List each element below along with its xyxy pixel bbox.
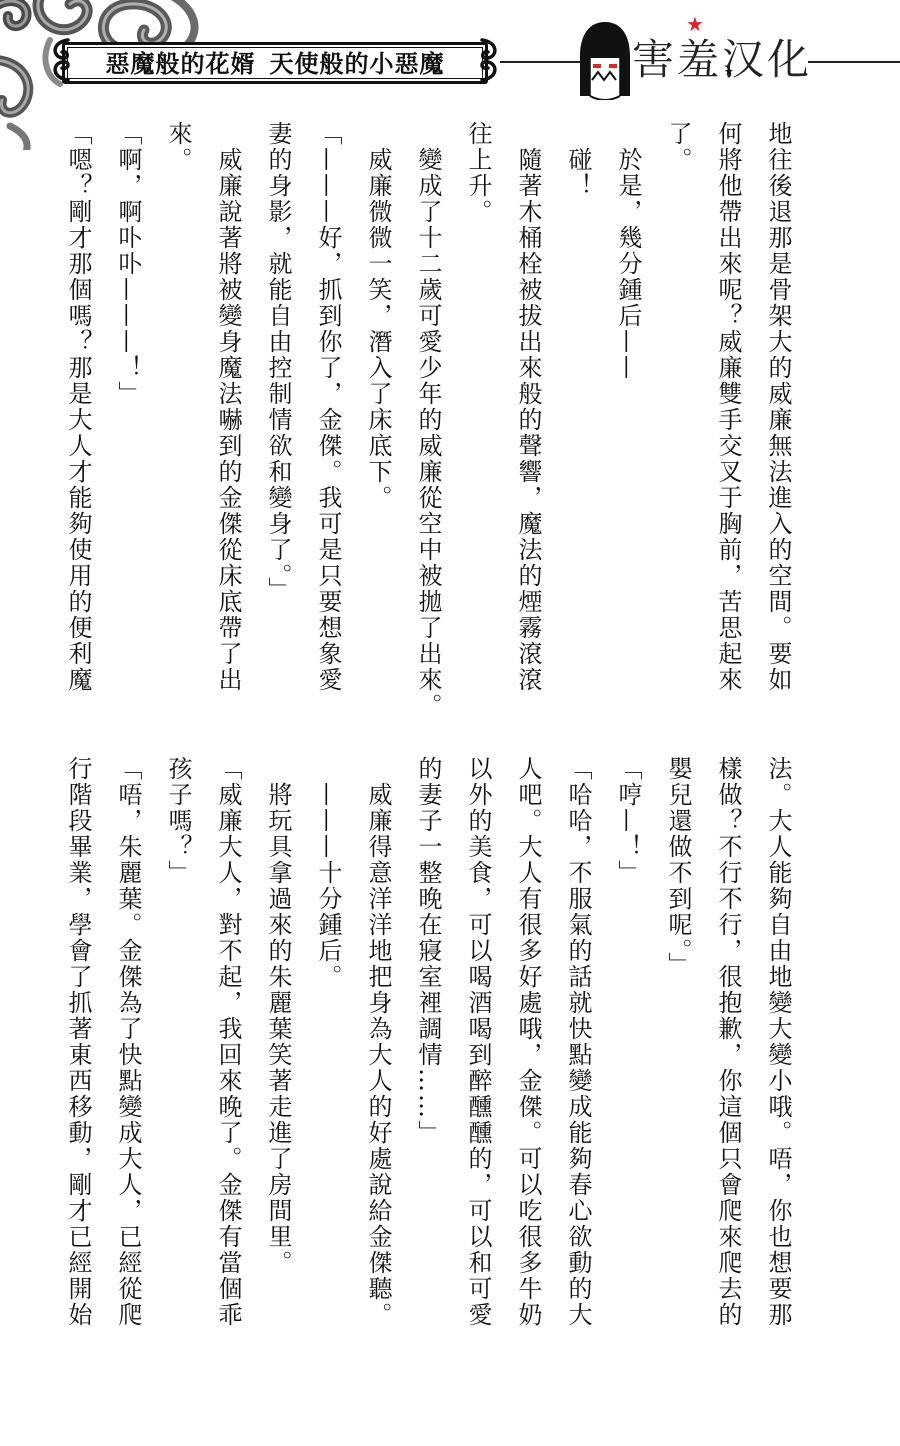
text-column: 於是，幾分鍾后—— (615, 121, 641, 381)
text-column: ———十分鍾后。 (315, 756, 341, 990)
text-column: 來。 (165, 121, 191, 173)
scroll-ornament-left-icon (48, 36, 74, 84)
text-column: 將玩具拿過來的朱麗葉笑著走進了房間里。 (265, 756, 291, 1276)
book-title: 惡魔般的花婿天使般的小惡魔 (65, 49, 485, 79)
dialogue-column: 法。大人能夠自由地變大變小哦。唔，你也想要那 (765, 756, 791, 1328)
dialogue-column: 嬰兒還做不到呢。」 (665, 756, 691, 978)
text-column: 威廉微微一笑，潛入了床底下。 (365, 121, 391, 511)
title-right: 天使般的小惡魔 (270, 50, 445, 78)
text-column: 威廉說著將被變身魔法嚇到的金傑從床底帶了出 (215, 121, 241, 693)
dialogue-column: 「———好，抓到你了，金傑。我可是只要想象愛 (315, 121, 341, 693)
dialogue-column: 「哈哈，不服氣的話就快點變成能夠春心欲動的大 (565, 756, 591, 1328)
text-column: 往上升。 (465, 121, 491, 225)
dialogue-column: 孩子嗎？」 (165, 756, 191, 886)
text-column: 變成了十二歲可愛少年的威廉從空中被拋了出來。 (415, 121, 441, 719)
dialogue-column: 「啊，啊卟卟———！」 (115, 121, 141, 407)
title-banner: 惡魔般的花婿天使般的小惡魔 (62, 42, 488, 84)
dialogue-column: 行階段畢業，學會了抓著東西移動，剛才已經開始 (65, 756, 91, 1328)
dialogue-column: 「嗯？剛才那個嗎？那是大人才能夠使用的便利魔 (65, 121, 91, 693)
text-column: 隨著木桶栓被拔出來般的聲響，魔法的煙霧滾滾 (515, 121, 541, 693)
scroll-ornament-right-icon (476, 36, 502, 84)
header-rule-right (808, 61, 900, 63)
dialogue-column: 樣做？不行不行，很抱歉，你這個只會爬來爬去的 (715, 756, 741, 1328)
dialogue-column: 的妻子一整晚在寢室裡調情……」 (415, 756, 441, 1146)
title-left: 惡魔般的花婿 (106, 50, 256, 78)
dialogue-column: 「唔，朱麗葉。金傑為了快點變成大人，已經從爬 (115, 756, 141, 1328)
dialogue-column: 以外的美食，可以喝酒喝到醉醺醺的，可以和可愛 (465, 756, 491, 1328)
dialogue-column: 「威廉大人，對不起，我回來晚了。金傑有當個乖 (215, 756, 241, 1328)
dialogue-column: 妻的身影，就能自由控制情欲和變身了。」 (265, 121, 291, 603)
black-star-icon: ★ (724, 66, 734, 77)
text-column: 威廉得意洋洋地把身為大人的好處說給金傑聽。 (365, 756, 391, 1328)
red-star-icon: ★ (686, 14, 704, 34)
dialogue-column: 人吧。大人有很多好處哦，金傑。可以吃很多牛奶 (515, 756, 541, 1328)
dialogue-column: 「哼—！」 (615, 756, 641, 886)
text-column: 了。 (665, 121, 691, 173)
text-column: 何將他帶出來呢？威廉雙手交叉于胸前，苦思起來 (715, 121, 741, 693)
group-mascot-face-icon (578, 20, 632, 100)
text-column: 碰！ (565, 121, 591, 199)
text-column: 地往後退那是骨架大的威廉無法進入的空間。要如 (765, 121, 791, 693)
header-rule-left (500, 61, 580, 63)
group-logo-text: 害羞汉化 (632, 34, 812, 86)
